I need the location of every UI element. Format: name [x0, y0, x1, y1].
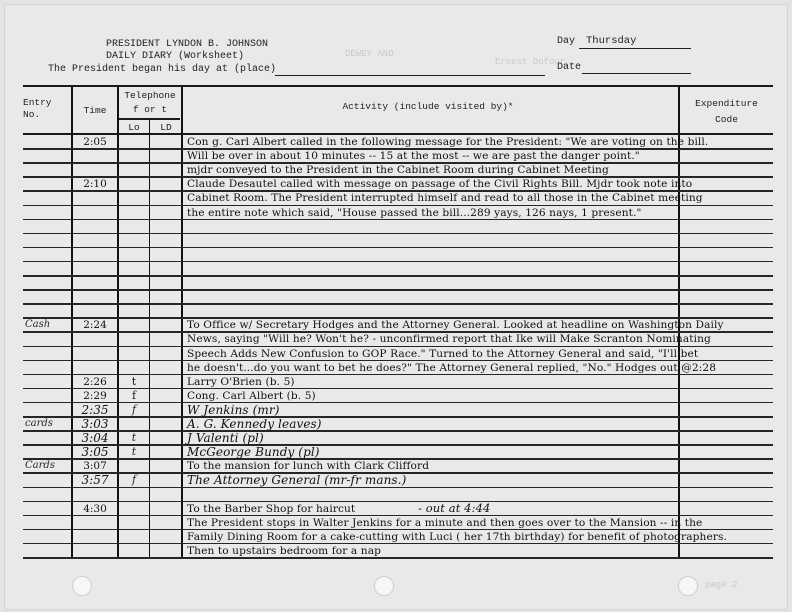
table-row: Cash2:24To Office w/ Secretary Hodges an…: [23, 318, 773, 332]
table-row: 2:29fCong. Carl Albert (b. 5): [23, 389, 773, 403]
col-header-lo: Lo: [119, 122, 149, 133]
date-label: Date: [557, 62, 581, 73]
col-header-expenditure-line2: Code: [680, 112, 773, 128]
time-cell: 2:10: [73, 178, 117, 190]
activity-cell: Will be over in about 10 minutes -- 15 a…: [187, 150, 640, 162]
time-cell: 3:04: [73, 431, 117, 445]
table-row: [23, 488, 773, 502]
time-cell: 2:24: [73, 319, 117, 331]
activity-cell: McGeorge Bundy (pl): [187, 445, 320, 459]
table-row: mjdr conveyed to the President in the Ca…: [23, 163, 773, 177]
punch-hole: [72, 576, 92, 596]
day-label: Day: [557, 36, 575, 47]
col-header-expenditure-line1: Expenditure: [680, 96, 773, 112]
activity-handwritten-note: - out at 4:44: [418, 501, 490, 515]
activity-cell: Speech Adds New Confusion to GOP Race." …: [187, 348, 698, 360]
col-header-entry-line1: Entry: [23, 97, 67, 109]
date-field-line: [582, 73, 691, 74]
telephone-lo-cell: t: [119, 445, 149, 458]
activity-cell: he doesn't...do you want to bet he does?…: [187, 362, 716, 374]
col-header-telephone: Telephone f or t: [119, 89, 181, 117]
punch-hole: [678, 576, 698, 596]
table-row: 3:04tJ Valenti (pl): [23, 431, 773, 445]
time-cell: 2:29: [73, 390, 117, 402]
col-header-telephone-line2: f or t: [119, 103, 181, 117]
activity-cell: Claude Desautel called with message on p…: [187, 178, 692, 190]
col-header-ld: LD: [151, 122, 181, 133]
began-day-label: The President began his day at (place): [48, 64, 276, 75]
activity-cell: Con g. Carl Albert called in the followi…: [187, 136, 708, 148]
page-mark: page 2: [705, 580, 737, 590]
day-field-line: [579, 48, 691, 49]
time-cell: 2:35: [73, 403, 117, 417]
activity-cell: Cabinet Room. The President interrupted …: [187, 192, 703, 204]
col-header-entry: Entry No.: [23, 97, 67, 121]
table-row: cards3:03A. G. Kennedy leaves): [23, 417, 773, 431]
time-cell: 3:05: [73, 445, 117, 459]
table-row: Cards3:07To the mansion for lunch with C…: [23, 459, 773, 473]
time-cell: 4:30: [73, 503, 117, 515]
place-field-line: [275, 75, 545, 76]
activity-cell: J Valenti (pl): [187, 431, 264, 445]
table-row: [23, 262, 773, 276]
diary-subtitle: DAILY DIARY (Worksheet): [106, 51, 244, 62]
time-cell: 2:26: [73, 376, 117, 388]
table-row: [23, 234, 773, 248]
activity-cell: To the mansion for lunch with Clark Clif…: [187, 460, 429, 472]
entry-no-cell: Cards: [25, 460, 55, 471]
activity-cell: Larry O'Brien (b. 5): [187, 376, 295, 388]
activity-cell: the entire note which said, "House passe…: [187, 207, 641, 219]
telephone-lo-cell: f: [119, 473, 149, 486]
table-row: News, saying "Will he? Won't he? - uncon…: [23, 332, 773, 346]
day-value: Thursday: [586, 35, 636, 47]
col-header-activity: Activity (include visited by)*: [183, 101, 673, 112]
table-row: 4:30To the Barber Shop for haircut- out …: [23, 502, 773, 516]
table-row: Then to upstairs bedroom for a nap: [23, 544, 773, 558]
col-header-telephone-line1: Telephone: [119, 89, 181, 103]
table-row: Will be over in about 10 minutes -- 15 a…: [23, 149, 773, 163]
activity-cell: The Attorney General (mr-fr mans.): [187, 473, 406, 487]
table-row: Speech Adds New Confusion to GOP Race." …: [23, 347, 773, 361]
telephone-lo-cell: t: [119, 375, 149, 388]
activity-cell: Cong. Carl Albert (b. 5): [187, 390, 316, 402]
entry-no-cell: Cash: [25, 319, 50, 330]
time-cell: 3:07: [73, 460, 117, 472]
activity-cell: Family Dining Room for a cake-cutting wi…: [187, 531, 727, 543]
table-row: [23, 304, 773, 318]
activity-cell: Then to upstairs bedroom for a nap: [187, 545, 381, 557]
activity-cell: To the Barber Shop for haircut: [187, 503, 355, 515]
table-row: 2:05Con g. Carl Albert called in the fol…: [23, 135, 773, 149]
time-cell: 2:05: [73, 136, 117, 148]
activity-cell: A. G. Kennedy leaves): [187, 417, 322, 431]
telephone-lo-cell: t: [119, 431, 149, 444]
bleed-through-text: DEWEY AND: [345, 49, 394, 59]
col-header-time: Time: [73, 105, 117, 116]
table-row: [23, 248, 773, 262]
diary-page: DEWEY AND Ernest Dufour PRESIDENT LYNDON…: [4, 4, 788, 610]
table-row: [23, 220, 773, 234]
time-cell: 3:03: [73, 417, 117, 431]
table-row: the entire note which said, "House passe…: [23, 206, 773, 220]
time-cell: 3:57: [73, 473, 117, 487]
telephone-lo-cell: f: [119, 403, 149, 416]
table-row: 3:05tMcGeorge Bundy (pl): [23, 445, 773, 459]
diary-title: PRESIDENT LYNDON B. JOHNSON: [106, 39, 268, 50]
activity-cell: mjdr conveyed to the President in the Ca…: [187, 164, 609, 176]
table-row: 3:57fThe Attorney General (mr-fr mans.): [23, 473, 773, 487]
table-row: The President stops in Walter Jenkins fo…: [23, 516, 773, 530]
table-top-border: [23, 85, 773, 87]
activity-cell: News, saying "Will he? Won't he? - uncon…: [187, 333, 711, 345]
table-row: [23, 276, 773, 290]
table-row: 2:35fW Jenkins (mr): [23, 403, 773, 417]
entry-no-cell: cards: [25, 418, 53, 429]
activity-cell: To Office w/ Secretary Hodges and the At…: [187, 319, 724, 331]
punch-hole: [374, 576, 394, 596]
table-row: he doesn't...do you want to bet he does?…: [23, 361, 773, 375]
telephone-lo-cell: f: [119, 389, 149, 402]
table-row: [23, 290, 773, 304]
activity-cell: W Jenkins (mr): [187, 403, 279, 417]
col-header-expenditure: Expenditure Code: [680, 96, 773, 128]
col-header-entry-line2: No.: [23, 109, 67, 121]
bleed-through-text: Ernest Dufour: [495, 57, 565, 67]
diary-table: Entry No. Time Telephone f or t Lo LD Ac…: [23, 85, 773, 563]
table-row: Cabinet Room. The President interrupted …: [23, 191, 773, 205]
activity-cell: The President stops in Walter Jenkins fo…: [187, 517, 702, 529]
table-row: Family Dining Room for a cake-cutting wi…: [23, 530, 773, 544]
table-row: 2:26t Larry O'Brien (b. 5): [23, 375, 773, 389]
table-row: 2:10Claude Desautel called with message …: [23, 177, 773, 191]
